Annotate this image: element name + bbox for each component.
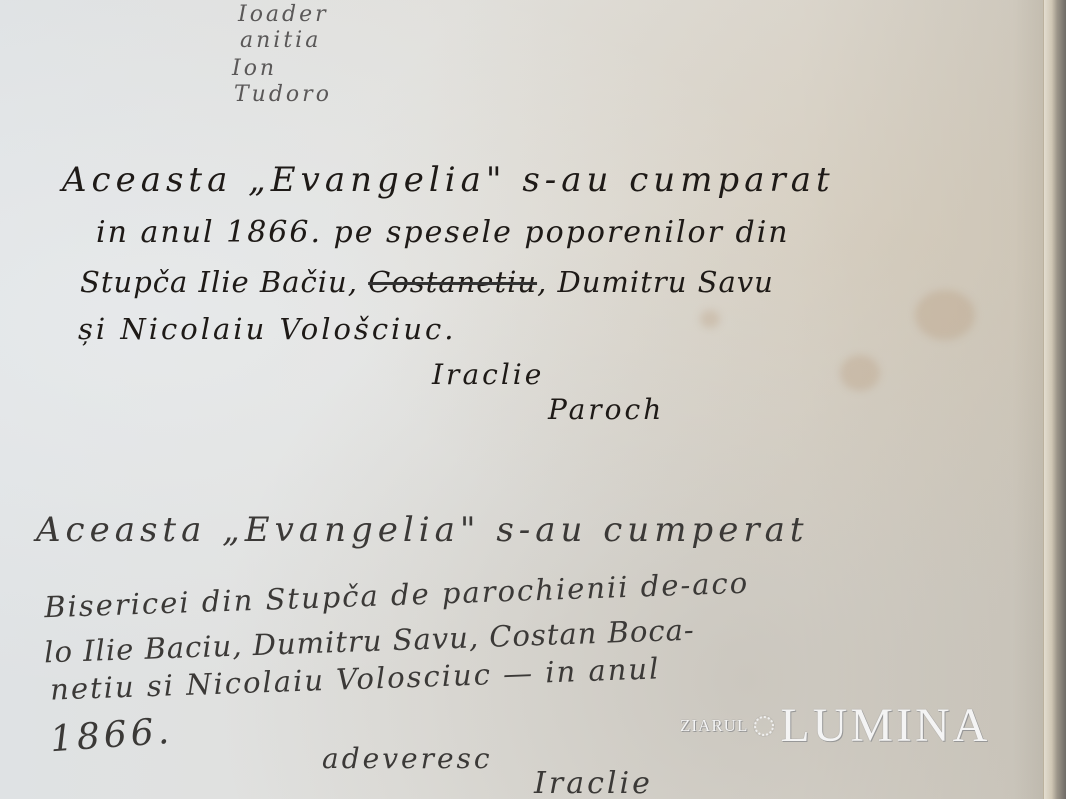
- watermark-prefix: ZIARUL: [680, 716, 748, 736]
- inscription-line: in anul 1866. pe spesele poporenilor din: [96, 215, 790, 250]
- stain-mark: [700, 310, 720, 328]
- stain-mark: [840, 355, 880, 391]
- inscription-line: și Nicolaiu Vološciuc.: [78, 312, 456, 346]
- inscription-line: Stupča Ilie Bačiu, Costanetiu, Dumitru S…: [80, 265, 774, 299]
- pencil-line: Ion: [232, 56, 277, 81]
- page-edge: [1043, 0, 1066, 799]
- pencil-line: Ioader: [238, 2, 329, 27]
- attestation-word: adeveresc: [322, 742, 493, 775]
- pencil-line: Tudoro: [234, 82, 332, 107]
- publisher-watermark: ZIARUL LUMINA: [680, 702, 990, 750]
- signature-title: Paroch: [548, 393, 664, 426]
- inscription-line: Aceasta „Evangelia" s-au cumperat: [36, 510, 809, 550]
- struck-name: Costanetiu: [368, 265, 537, 299]
- inscription-line: Aceasta „Evangelia" s-au cumparat: [62, 160, 835, 200]
- signature-name: Iraclie: [534, 766, 653, 799]
- pencil-line: anitia: [240, 28, 321, 53]
- signature-name: Iraclie: [432, 358, 544, 391]
- emblem-icon: [754, 716, 774, 736]
- document-photo: Ioader anitia Ion Tudoro Aceasta „Evange…: [0, 0, 1066, 799]
- watermark-logo: LUMINA: [780, 702, 990, 750]
- stain-mark: [915, 290, 975, 340]
- inscription-year: 1866.: [49, 711, 175, 760]
